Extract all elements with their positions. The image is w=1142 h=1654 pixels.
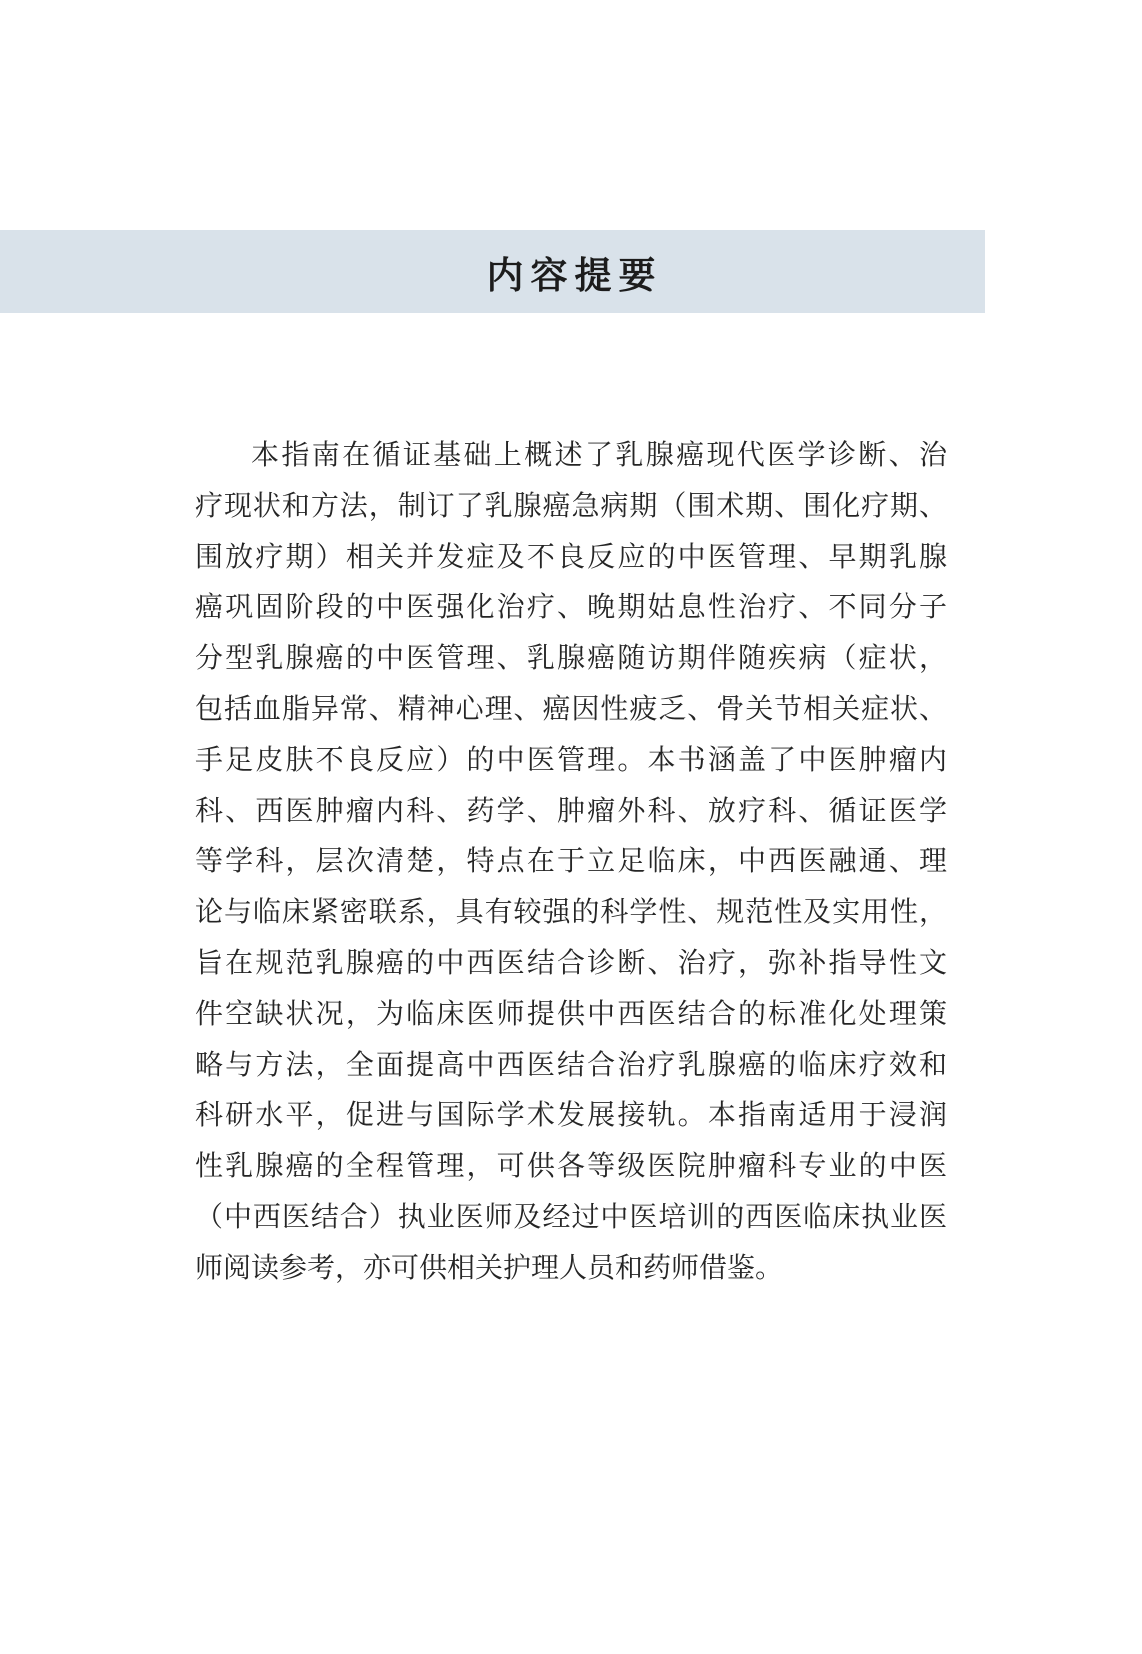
text-line: 性乳腺癌的全程管理，可供各等级医院肿瘤科专业的中医	[195, 1141, 947, 1192]
text-line: 围放疗期）相关并发症及不良反应的中医管理、早期乳腺	[195, 532, 947, 583]
text-line: 科研水平，促进与国际学术发展接轨。本指南适用于浸润	[195, 1090, 947, 1141]
text-line: 疗现状和方法，制订了乳腺癌急病期（围术期、围化疗期、	[195, 481, 947, 532]
text-line: 癌巩固阶段的中医强化治疗、晚期姑息性治疗、不同分子	[195, 582, 947, 633]
page-title: 内容提要	[487, 245, 663, 299]
text-line: 件空缺状况，为临床医师提供中西医结合的标准化处理策	[195, 989, 947, 1040]
book-page: 内容提要 本指南在循证基础上概述了乳腺癌现代医学诊断、治 疗现状和方法，制订了乳…	[0, 0, 1142, 1654]
text-line: 本指南在循证基础上概述了乳腺癌现代医学诊断、治	[195, 430, 947, 481]
text-line: 分型乳腺癌的中医管理、乳腺癌随访期伴随疾病（症状，	[195, 633, 947, 684]
text-line: 手足皮肤不良反应）的中医管理。本书涵盖了中医肿瘤内	[195, 735, 947, 786]
text-line: 等学科，层次清楚，特点在于立足临床，中西医融通、理	[195, 836, 947, 887]
text-line: 论与临床紧密联系，具有较强的科学性、规范性及实用性，	[195, 887, 947, 938]
title-row: 内容提要	[0, 230, 1142, 313]
text-line: 略与方法，全面提高中西医结合治疗乳腺癌的临床疗效和	[195, 1040, 947, 1091]
text-line: 旨在规范乳腺癌的中西医结合诊断、治疗，弥补指导性文	[195, 938, 947, 989]
text-line: （中西医结合）执业医师及经过中医培训的西医临床执业医	[195, 1192, 947, 1243]
summary-paragraph: 本指南在循证基础上概述了乳腺癌现代医学诊断、治 疗现状和方法，制订了乳腺癌急病期…	[195, 430, 947, 1294]
text-line: 师阅读参考，亦可供相关护理人员和药师借鉴。	[195, 1243, 947, 1294]
text-line: 包括血脂异常、精神心理、癌因性疲乏、骨关节相关症状、	[195, 684, 947, 735]
text-line: 科、西医肿瘤内科、药学、肿瘤外科、放疗科、循证医学	[195, 786, 947, 837]
